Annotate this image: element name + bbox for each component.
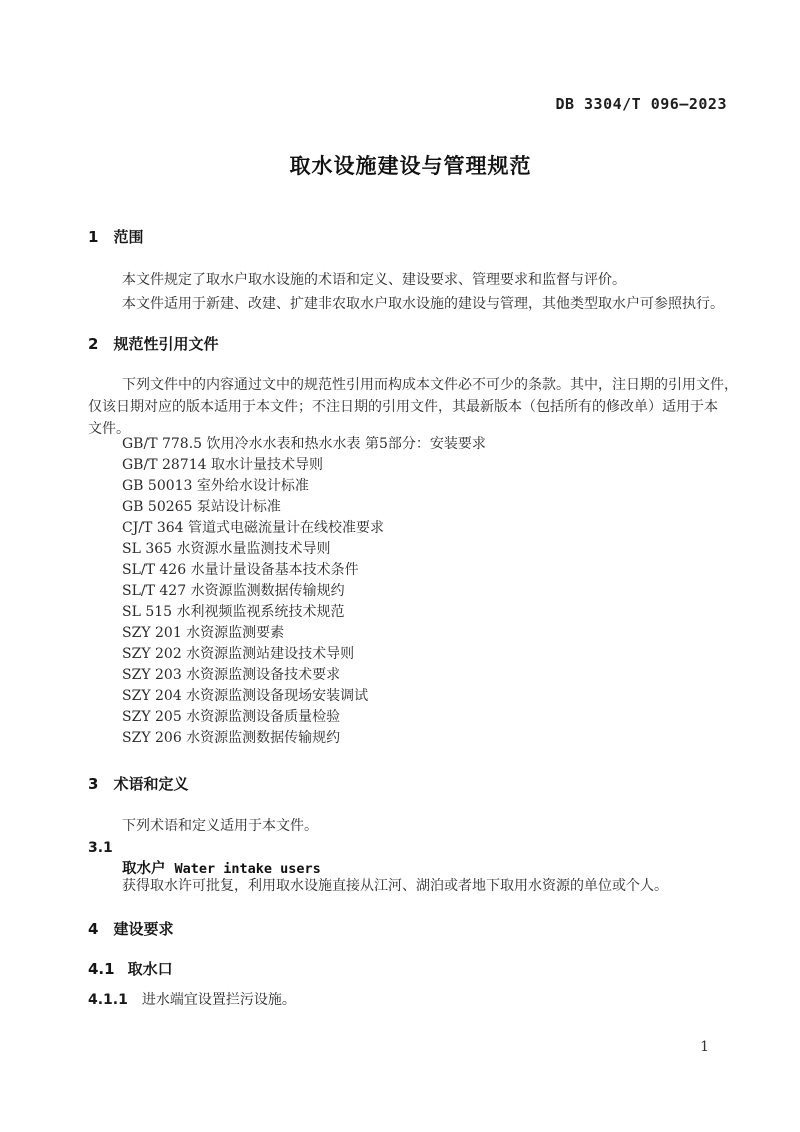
term-number: 3.1 bbox=[88, 838, 113, 858]
reference-item: SZY 205 水资源监测设备质量检验 bbox=[122, 707, 486, 728]
clause-number: 4.1.1 bbox=[88, 992, 128, 1008]
section-2-heading: 2规范性引用文件 bbox=[88, 334, 218, 354]
reference-item: SZY 203 水资源监测设备技术要求 bbox=[122, 665, 486, 686]
subsection-title: 取水口 bbox=[128, 960, 173, 978]
reference-item: SL 515 水利视频监视系统技术规范 bbox=[122, 602, 486, 623]
paragraph-line: 下列文件中的内容通过文中的规范性引用而构成本文件必不可少的条款。其中，注日期的引… bbox=[88, 374, 738, 396]
section-number: 4 bbox=[88, 920, 98, 938]
reference-item: CJ/T 364 管道式电磁流量计在线校准要求 bbox=[122, 518, 486, 539]
paragraph: 本文件适用于新建、改建、扩建非农取水户取水设施的建设与管理，其他类型取水户可参照… bbox=[122, 292, 724, 316]
reference-item: SZY 202 水资源监测站建设技术导则 bbox=[122, 644, 486, 665]
section-title: 术语和定义 bbox=[113, 775, 188, 793]
subsection-4-1-heading: 4.1取水口 bbox=[88, 959, 173, 979]
reference-item: SL/T 427 水资源监测数据传输规约 bbox=[122, 581, 486, 602]
term-name-en: Water intake users bbox=[175, 861, 321, 877]
terms-intro: 下列术语和定义适用于本文件。 bbox=[122, 816, 318, 836]
section-4-heading: 4建设要求 bbox=[88, 919, 173, 939]
term-definition: 获得取水许可批复，利用取水设施直接从江河、湖泊或者地下取用水资源的单位或个人。 bbox=[122, 876, 668, 896]
reference-item: SL/T 426 水量计量设备基本技术条件 bbox=[122, 560, 486, 581]
section-title: 规范性引用文件 bbox=[113, 335, 218, 353]
section-title: 建设要求 bbox=[113, 920, 173, 938]
subsection-number: 4.1 bbox=[88, 960, 115, 978]
section-number: 1 bbox=[88, 228, 98, 246]
reference-item: SZY 201 水资源监测要素 bbox=[122, 623, 486, 644]
reference-item: SZY 206 水资源监测数据传输规约 bbox=[122, 728, 486, 749]
reference-item: GB 50265 泵站设计标准 bbox=[122, 497, 486, 518]
reference-item: GB/T 28714 取水计量技术导则 bbox=[122, 455, 486, 476]
reference-item: GB 50013 室外给水设计标准 bbox=[122, 476, 486, 497]
section-3-heading: 3术语和定义 bbox=[88, 774, 188, 794]
section-number: 2 bbox=[88, 335, 98, 353]
term-name-zh: 取水户 bbox=[122, 861, 166, 877]
clause-text: 进水端宜设置拦污设施。 bbox=[142, 992, 296, 1008]
section-title: 范围 bbox=[113, 228, 143, 246]
section-1-body: 本文件规定了取水户取水设施的术语和定义、建设要求、管理要求和监督与评价。 本文件… bbox=[122, 268, 724, 316]
reference-item: SZY 204 水资源监测设备现场安装调试 bbox=[122, 686, 486, 707]
document-page: DB 3304/T 096—2023 取水设施建设与管理规范 1范围 本文件规定… bbox=[0, 0, 800, 1132]
clause-4-1-1: 4.1.1进水端宜设置拦污设施。 bbox=[88, 990, 296, 1010]
page-number: 1 bbox=[700, 1039, 709, 1055]
normative-references-list: GB/T 778.5 饮用冷水水表和热水水表 第5部分：安装要求 GB/T 28… bbox=[122, 434, 486, 749]
section-1-heading: 1范围 bbox=[88, 227, 143, 247]
document-title: 取水设施建设与管理规范 bbox=[88, 152, 733, 180]
section-2-intro: 下列文件中的内容通过文中的规范性引用而构成本文件必不可少的条款。其中，注日期的引… bbox=[88, 374, 738, 440]
reference-item: SL 365 水资源水量监测技术导则 bbox=[122, 539, 486, 560]
section-number: 3 bbox=[88, 775, 98, 793]
standard-code: DB 3304/T 096—2023 bbox=[555, 95, 727, 113]
reference-item: GB/T 778.5 饮用冷水水表和热水水表 第5部分：安装要求 bbox=[122, 434, 486, 455]
paragraph-line: 仅该日期对应的版本适用于本文件；不注日期的引用文件，其最新版本（包括所有的修改单… bbox=[88, 396, 738, 418]
paragraph: 本文件规定了取水户取水设施的术语和定义、建设要求、管理要求和监督与评价。 bbox=[122, 268, 724, 292]
